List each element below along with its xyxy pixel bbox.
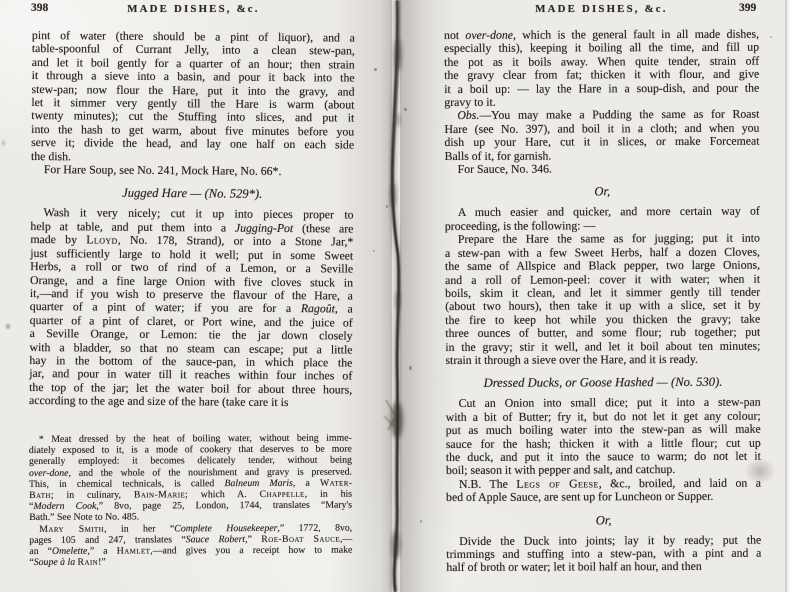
recipe-heading: Or, xyxy=(445,184,760,199)
paragraph: Obs.—You may make a Pudding the same as … xyxy=(444,108,759,163)
text-line: according to the age and size of the har… xyxy=(29,394,352,410)
page-number-right: 399 xyxy=(739,2,756,14)
left-page-body: pint of water (there should be a pint of… xyxy=(29,29,355,410)
book-gutter-shadow xyxy=(362,0,432,592)
text-line: an “Omelette,” a Hamlet,—and gives you a… xyxy=(29,544,352,557)
paragraph: N.B. The Legs of Geese, &c., broiled, an… xyxy=(446,476,761,504)
paragraph: pint of water (there should be a pint of… xyxy=(31,29,355,166)
text-line: diately exposed to it, is a mode of cook… xyxy=(29,443,352,456)
left-page-column: pint of water (there should be a pint of… xyxy=(28,29,355,571)
text-line: Bath; in culinary, Bain-Marie; which A. … xyxy=(29,488,352,501)
text-line: dish up your Hare, cut it in slices, or … xyxy=(444,135,759,150)
left-page-footnote: * Meat dressed by the heat of boiling wa… xyxy=(29,432,353,568)
paragraph: Prepare the Hare the same as for jugging… xyxy=(445,232,761,367)
running-head-right: MADE DISHES, &c. xyxy=(444,3,759,15)
ink-speck xyxy=(770,36,772,38)
text-line: serve it; divide the head, and lay one h… xyxy=(31,136,354,152)
text-line: over-done, and the whole of the nourishm… xyxy=(29,466,352,479)
right-page-body: not over-done, which is the general faul… xyxy=(444,28,761,575)
ink-speck xyxy=(2,140,5,146)
text-line: For Hare Soup, see No. 241, Mock Hare, N… xyxy=(31,163,354,179)
text-line: half of broth or water; let it boil half… xyxy=(446,560,761,575)
text-line: Dressed Ducks, or Goose Hashed — (No. 53… xyxy=(446,375,761,390)
text-line: “Modern Cook,” 8vo, page 25, London, 174… xyxy=(29,499,352,512)
page-edge xyxy=(785,0,792,592)
paragraph: Wash it very nicely; cut it up into piec… xyxy=(29,206,354,410)
paragraph: For Sauce, No. 346. xyxy=(445,162,760,177)
paragraph: Mary Smith, in her “Complete Housekeeper… xyxy=(29,522,352,568)
text-line: it a boil up: — lay the Hare in a soup-d… xyxy=(444,81,759,96)
recipe-heading: Dressed Ducks, or Goose Hashed — (No. 53… xyxy=(446,375,761,390)
text-line: “Soupe à la Rain!” xyxy=(29,555,352,568)
text-line: Or, xyxy=(446,512,761,527)
recipe-heading: Jugged Hare — (No. 529*). xyxy=(31,185,354,202)
text-line: pages 105 and 247, translates “Sauce Rob… xyxy=(29,533,352,546)
text-line: Balls of it, for garnish. xyxy=(445,148,760,163)
text-line: Or, xyxy=(445,184,760,199)
paragraph: Cut an Onion into small dice; put it int… xyxy=(446,396,761,478)
paragraph: For Hare Soup, see No. 241, Mock Hare, N… xyxy=(31,163,354,179)
paragraph: A much easier and quicker, and more cert… xyxy=(445,205,760,233)
text-line: generally employed: it becomes delicatel… xyxy=(29,455,352,468)
text-line: Bath.” See Note to No. 485. xyxy=(29,511,352,524)
text-line: A much easier and quicker, and more cert… xyxy=(445,205,760,220)
text-line: This, in chemical technicals, is called … xyxy=(29,477,352,490)
book-scan-spread: 398 MADE DISHES, &c. MADE DISHES, &c. 39… xyxy=(0,0,792,592)
recipe-heading: Or, xyxy=(446,512,761,527)
paragraph: * Meat dressed by the heat of boiling wa… xyxy=(29,432,352,523)
running-head-left: MADE DISHES, &c. xyxy=(32,3,355,15)
text-line: Jugged Hare — (No. 529*). xyxy=(31,185,354,202)
text-line: strain it through a sieve over the Hare,… xyxy=(445,353,760,368)
paragraph: not over-done, which is the general faul… xyxy=(444,28,759,110)
right-page-column: not over-done, which is the general faul… xyxy=(444,28,761,575)
text-line: For Sauce, No. 346. xyxy=(445,162,760,177)
ink-speck xyxy=(6,324,10,329)
text-line: Mary Smith, in her “Complete Housekeeper… xyxy=(29,522,352,535)
paragraph: Divide the Duck into joints; lay it by r… xyxy=(446,533,761,575)
text-line: bed of Apple Sauce, are sent up for Lunc… xyxy=(446,490,761,505)
